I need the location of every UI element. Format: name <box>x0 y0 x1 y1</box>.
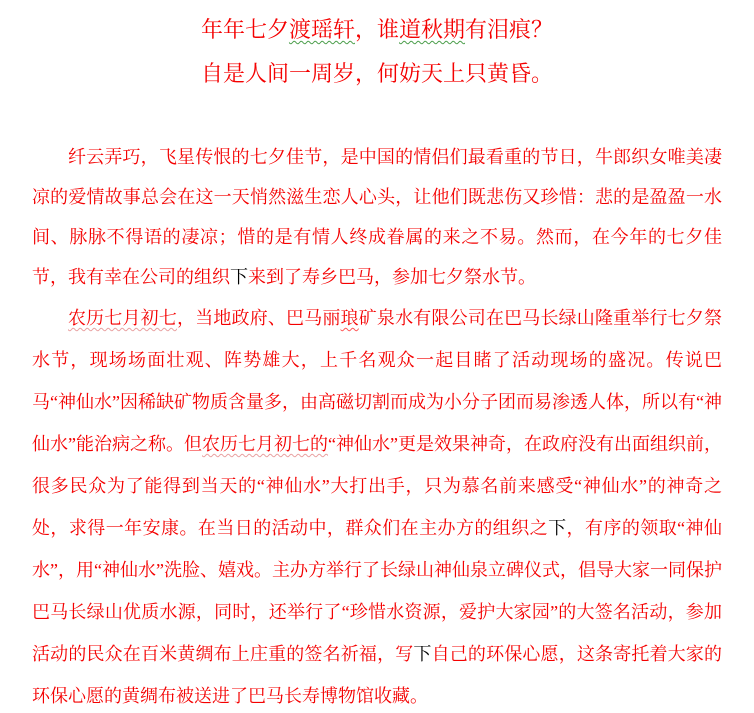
text-segment: ，当地政府、巴马丽 <box>177 308 341 328</box>
text-segment: 自是人间一周岁，何妨天上只黄昏。 <box>201 61 553 86</box>
text-segment: 道秋期 <box>399 17 465 42</box>
document-page: { "colors": { "background": "#ffffff", "… <box>0 0 754 713</box>
text-segment: ，谁 <box>355 17 399 42</box>
document: 年年七夕渡瑶轩，谁道秋期有泪痕？ 自是人间一周岁，何妨天上只黄昏。 纤云弄巧，飞… <box>0 0 754 713</box>
text-segment: 来到了寿乡巴马，参加七夕祭水节。 <box>248 267 536 287</box>
paragraph-intro: 纤云弄巧，飞星传恨的七夕佳节，是中国的情侣们最看重的节日，牛郎织女唯美凄凉的爱情… <box>0 137 754 297</box>
text-segment: 农历七月初七 <box>68 308 177 328</box>
text-segment: 琅 <box>341 308 359 328</box>
text-segment: 下 <box>413 644 431 664</box>
text-segment: 渡瑶轩 <box>289 17 355 42</box>
text-segment: 矿泉水有限公司在巴马长绿山隆重举行七夕祭水节，现场场面壮观、阵势雄大，上千名观众… <box>32 308 722 454</box>
text-segment: 农历七月初七的 <box>202 434 328 454</box>
text-segment: 纤云弄巧，飞星传恨的七夕佳节，是中国的情侣们最看重的节日，牛郎织女唯美凄凉的爱情… <box>32 147 722 287</box>
poem-line-2: 自是人间一周岁，何妨天上只黄昏。 <box>0 52 754 96</box>
text-segment: 有泪痕？ <box>465 17 553 42</box>
text-segment: 年年七夕 <box>201 17 289 42</box>
paragraph-festival: 农历七月初七，当地政府、巴马丽琅矿泉水有限公司在巴马长绿山隆重举行七夕祭水节，现… <box>0 297 754 713</box>
text-segment: 下 <box>548 518 566 538</box>
poem-line-1: 年年七夕渡瑶轩，谁道秋期有泪痕？ <box>0 8 754 52</box>
text-segment: 下 <box>230 267 248 287</box>
text-segment: ，有序的领取“神仙水”，用“神仙水”洗脸、嬉戏。主办方举行了长绿山神仙泉立碑仪式… <box>32 518 722 664</box>
poem: 年年七夕渡瑶轩，谁道秋期有泪痕？ 自是人间一周岁，何妨天上只黄昏。 <box>0 8 754 96</box>
